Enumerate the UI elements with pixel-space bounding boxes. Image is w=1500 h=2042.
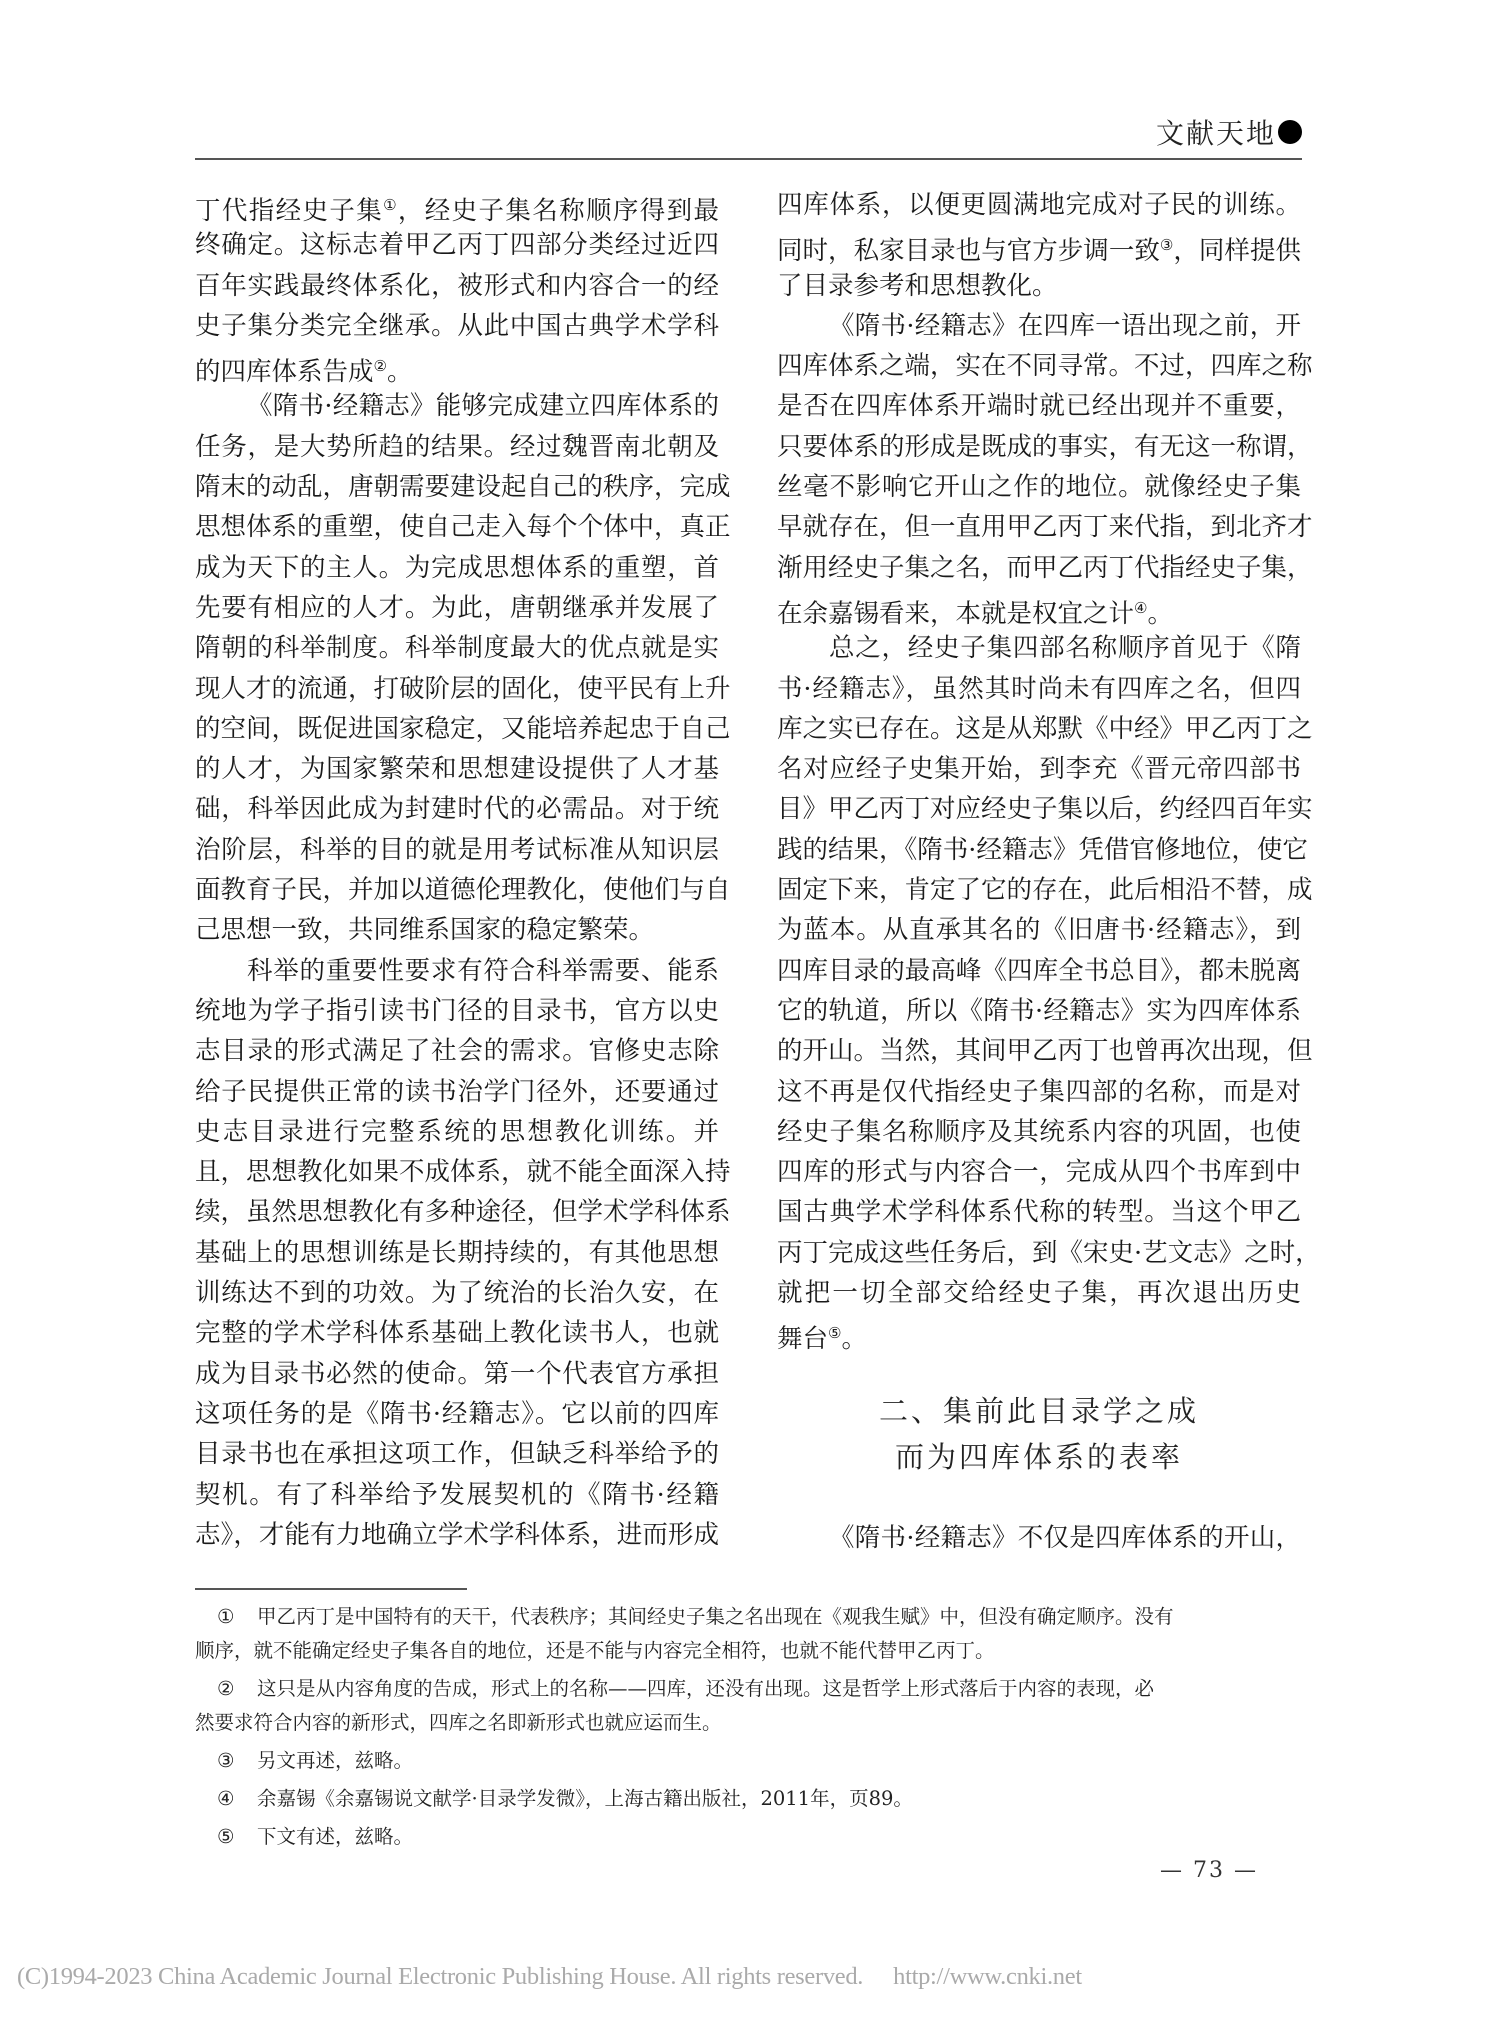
text-line: 训练达不到的功效。为了统治的长治久安，在: [195, 1273, 719, 1313]
text-line: 的人才，为国家繁荣和思想建设提供了人才基: [195, 749, 719, 789]
right-column-tail: 《隋书·经籍志》不仅是四库体系的开山，: [777, 1518, 1301, 1558]
right-column: 四库体系，以便更圆满地完成对子民的训练。同时，私家目录也与官方步调一致③，同样提…: [777, 185, 1301, 1354]
footnote-marker[interactable]: ①: [383, 196, 398, 214]
text-line: 志》，才能有力地确立学术学科体系，进而形成: [195, 1515, 719, 1555]
line-text: 这项任务的是《隋书·经籍志》。它以前的四库: [195, 1399, 719, 1429]
text-line: 为蓝本。从直承其名的《旧唐书·经籍志》，到: [777, 910, 1301, 950]
text-line: 史子集分类完全继承。从此中国古典学术学科: [195, 306, 719, 346]
text-line: 是否在四库体系开端时就已经出现并不重要，: [777, 386, 1301, 426]
line-text: 丁代指经史子集: [195, 196, 383, 226]
footnote-number: ②: [195, 1672, 257, 1706]
footnote-text: 下文有述，兹略。: [257, 1825, 413, 1848]
header-rule: [195, 158, 1302, 160]
footnote-line: ①甲乙丙丁是中国特有的天干，代表秩序；其间经史子集之名出现在《观我生赋》中，但没…: [195, 1600, 1302, 1634]
text-line: 给子民提供正常的读书治学门径外，还要通过: [195, 1072, 719, 1112]
line-text: 志》，才能有力地确立学术学科体系，进而形成: [195, 1520, 719, 1550]
text-line: 的开山。当然，其间甲乙丙丁也曾再次出现，但: [777, 1031, 1301, 1071]
text-line: 四库目录的最高峰《四库全书总目》，都未脱离: [777, 951, 1301, 991]
line-text: 只要体系的形成是既成的事实，有无这一称谓，: [777, 432, 1313, 462]
text-line: 且，思想教化如果不成体系，就不能全面深入持: [195, 1152, 719, 1192]
text-line: 它的轨道，所以《隋书·经籍志》实为四库体系: [777, 991, 1301, 1031]
text-line: 名对应经子史集开始，到李充《晋元帝四部书: [777, 749, 1301, 789]
page-number: — 73 —: [1160, 1858, 1258, 1883]
line-text: 契机。有了科举给予发展契机的《隋书·经籍: [195, 1480, 719, 1510]
text-line: 任务，是大势所趋的结果。经过魏晋南北朝及: [195, 427, 719, 467]
text-line: 总之，经史子集四部名称顺序首见于《隋: [777, 628, 1301, 668]
text-line: 先要有相应的人才。为此，唐朝继承并发展了: [195, 588, 719, 628]
line-text: 四库的形式与内容合一，完成从四个书库到中: [777, 1157, 1301, 1187]
line-text: 的空间，既促进国家稳定，又能培养起忠于自己: [195, 714, 731, 744]
line-text: 四库体系之端，实在不同寻常。不过，四库之称: [777, 351, 1313, 381]
text-line: 隋末的动乱，唐朝需要建设起自己的秩序，完成: [195, 467, 719, 507]
line-text-after: ，经史子集名称顺序得到最: [398, 196, 719, 226]
footnote-text: 然要求符合内容的新形式，四库之名即新形式也就应运而生。: [195, 1711, 722, 1734]
line-text-after: 。: [387, 357, 413, 387]
line-text: 四库体系，以便更圆满地完成对子民的训练。: [777, 190, 1301, 220]
text-line: 丝毫不影响它开山之作的地位。就像经史子集: [777, 467, 1301, 507]
footnote-number: ①: [195, 1600, 257, 1634]
line-text: 史志目录进行完整系统的思想教化训练。并: [195, 1117, 719, 1147]
text-line: 基础上的思想训练是长期持续的，有其他思想: [195, 1233, 719, 1273]
line-text: 给子民提供正常的读书治学门径外，还要通过: [195, 1077, 719, 1107]
text-line: 续，虽然思想教化有多种途径，但学术学科体系: [195, 1192, 719, 1232]
text-line: 书·经籍志》，虽然其时尚未有四库之名，但四: [777, 669, 1301, 709]
footnote-number: ⑤: [195, 1820, 257, 1854]
text-line: 终确定。这标志着甲乙丙丁四部分类经过近四: [195, 225, 719, 265]
line-text: 且，思想教化如果不成体系，就不能全面深入持: [195, 1157, 731, 1187]
footnote-text: 顺序，就不能确定经史子集各自的地位，还是不能与内容完全相符，也就不能代替甲乙丙丁…: [195, 1639, 995, 1662]
text-line: 《隋书·经籍志》能够完成建立四库体系的: [195, 386, 719, 426]
footnote-line: 顺序，就不能确定经史子集各自的地位，还是不能与内容完全相符，也就不能代替甲乙丙丁…: [195, 1634, 1302, 1668]
text-line: 面教育子民，并加以道德伦理教化，使他们与自: [195, 870, 719, 910]
line-text: 统地为学子指引读书门径的目录书，官方以史: [195, 996, 719, 1026]
line-text: 是否在四库体系开端时就已经出现并不重要，: [777, 391, 1301, 421]
text-line: 经史子集名称顺序及其统系内容的巩固，也使: [777, 1112, 1301, 1152]
footnote-marker[interactable]: ④: [1134, 599, 1147, 617]
text-line: 志目录的形式满足了社会的需求。官修史志除: [195, 1031, 719, 1071]
text-line: 史志目录进行完整系统的思想教化训练。并: [195, 1112, 719, 1152]
footnote-text: 余嘉锡《余嘉锡说文献学·目录学发微》，上海古籍出版社，2011年，页89。: [257, 1787, 913, 1810]
text-line: 丙丁完成这些任务后，到《宋史·艺文志》之时，: [777, 1233, 1301, 1273]
text-line: 目》甲乙丙丁对应经史子集以后，约经四百年实: [777, 789, 1301, 829]
text-line: 思想体系的重塑，使自己走入每个个体中，真正: [195, 507, 719, 547]
text-line: 成为目录书必然的使命。第一个代表官方承担: [195, 1354, 719, 1394]
text-line: 同时，私家目录也与官方步调一致③，同样提供: [777, 225, 1301, 265]
text-line: 这不再是仅代指经史子集四部的名称，而是对: [777, 1072, 1301, 1112]
footnote-text: 这只是从内容角度的告成，形式上的名称——四库，还没有出现。这是哲学上形式落后于内…: [257, 1677, 1154, 1700]
line-text: 己思想一致，共同维系国家的稳定繁荣。: [195, 915, 654, 945]
solid-circle-icon: [1278, 120, 1302, 144]
text-line: 契机。有了科举给予发展契机的《隋书·经籍: [195, 1475, 719, 1515]
line-text: 《隋书·经籍志》不仅是四库体系的开山，: [829, 1523, 1301, 1553]
section-heading: 二、集前此目录学之成 而为四库体系的表率: [777, 1388, 1301, 1480]
line-text: 隋末的动乱，唐朝需要建设起自己的秩序，完成: [195, 472, 731, 502]
footnote-line: ③另文再述，兹略。: [195, 1744, 1302, 1778]
line-text: 续，虽然思想教化有多种途径，但学术学科体系: [195, 1197, 731, 1227]
line-text: 先要有相应的人才。为此，唐朝继承并发展了: [195, 593, 719, 623]
footnote-marker[interactable]: ⑤: [828, 1324, 841, 1342]
text-line: 固定下来，肯定了它的存在，此后相沿不替，成: [777, 870, 1301, 910]
line-text: 舞台: [777, 1324, 828, 1354]
line-text: 思想体系的重塑，使自己走入每个个体中，真正: [195, 512, 731, 542]
footnote-line: ⑤下文有述，兹略。: [195, 1820, 1302, 1854]
section-heading-line-2: 而为四库体系的表率: [777, 1434, 1301, 1480]
text-line: 四库的形式与内容合一，完成从四个书库到中: [777, 1152, 1301, 1192]
text-line: 己思想一致，共同维系国家的稳定繁荣。: [195, 910, 719, 950]
line-text: 践的结果，《隋书·经籍志》凭借官修地位，使它: [777, 835, 1308, 865]
text-line: 早就存在，但一直用甲乙丙丁来代指，到北齐才: [777, 507, 1301, 547]
line-text: 这不再是仅代指经史子集四部的名称，而是对: [777, 1077, 1301, 1107]
text-line: 础，科举因此成为封建时代的必需品。对于统: [195, 789, 719, 829]
line-text: 同时，私家目录也与官方步调一致: [777, 236, 1160, 266]
running-head-title: 文献天地: [1156, 112, 1276, 152]
line-text: 百年实践最终体系化，被形式和内容合一的经: [195, 271, 719, 301]
line-text: 国古典学术学科体系代称的转型。当这个甲乙: [777, 1197, 1301, 1227]
line-text: 为蓝本。从直承其名的《旧唐书·经籍志》，到: [777, 915, 1301, 945]
line-text: 成为天下的主人。为完成思想体系的重塑，首: [195, 553, 719, 583]
line-text: 现人才的流通，打破阶层的固化，使平民有上升: [195, 674, 731, 704]
text-line: 《隋书·经籍志》在四库一语出现之前，开: [777, 306, 1301, 346]
line-text: 名对应经子史集开始，到李充《晋元帝四部书: [777, 754, 1301, 784]
text-line: 国古典学术学科体系代称的转型。当这个甲乙: [777, 1192, 1301, 1232]
footnote-rule: [195, 1588, 467, 1590]
line-text: 终确定。这标志着甲乙丙丁四部分类经过近四: [195, 230, 719, 260]
text-line: 在余嘉锡看来，本就是权宜之计④。: [777, 588, 1301, 628]
text-line: 科举的重要性要求有符合科举需要、能系: [195, 951, 719, 991]
line-text: 隋朝的科举制度。科举制度最大的优点就是实: [195, 633, 719, 663]
line-text: 目》甲乙丙丁对应经史子集以后，约经四百年实: [777, 794, 1313, 824]
copyright-notice: (C)1994-2023 China Academic Journal Elec…: [17, 1963, 1082, 1991]
line-text: 它的轨道，所以《隋书·经籍志》实为四库体系: [777, 996, 1301, 1026]
line-text: 面教育子民，并加以道德伦理教化，使他们与自: [195, 875, 731, 905]
text-line: 目录书也在承担这项工作，但缺乏科举给予的: [195, 1434, 719, 1474]
text-line: 成为天下的主人。为完成思想体系的重塑，首: [195, 548, 719, 588]
line-text: 任务，是大势所趋的结果。经过魏晋南北朝及: [195, 432, 719, 462]
line-text: 《隋书·经籍志》能够完成建立四库体系的: [247, 391, 719, 421]
line-text: 志目录的形式满足了社会的需求。官修史志除: [195, 1036, 719, 1066]
line-text: 了目录参考和思想教化。: [777, 271, 1058, 301]
text-line: 丁代指经史子集①，经史子集名称顺序得到最: [195, 185, 719, 225]
footnote-number: ③: [195, 1744, 257, 1778]
text-line: 完整的学术学科体系基础上教化读书人，也就: [195, 1313, 719, 1353]
footnote-line: 然要求符合内容的新形式，四库之名即新形式也就应运而生。: [195, 1706, 1302, 1740]
text-line: 渐用经史子集之名，而甲乙丙丁代指经史子集，: [777, 548, 1301, 588]
line-text: 完整的学术学科体系基础上教化读书人，也就: [195, 1318, 719, 1348]
left-column: 丁代指经史子集①，经史子集名称顺序得到最终确定。这标志着甲乙丙丁四部分类经过近四…: [195, 185, 719, 1555]
line-text: 训练达不到的功效。为了统治的长治久安，在: [195, 1278, 719, 1308]
line-text: 成为目录书必然的使命。第一个代表官方承担: [195, 1359, 719, 1389]
text-line: 的空间，既促进国家稳定，又能培养起忠于自己: [195, 709, 719, 749]
text-line: 的四库体系告成②。: [195, 346, 719, 386]
line-text: 就把一切全部交给经史子集，再次退出历史: [777, 1278, 1301, 1308]
line-text: 础，科举因此成为封建时代的必需品。对于统: [195, 794, 719, 824]
text-line: 这项任务的是《隋书·经籍志》。它以前的四库: [195, 1394, 719, 1434]
running-head: 文献天地: [1156, 112, 1302, 152]
line-text: 的四库体系告成: [195, 357, 374, 387]
line-text-after: ，同样提供: [1173, 236, 1301, 266]
line-text: 固定下来，肯定了它的存在，此后相沿不替，成: [777, 875, 1313, 905]
text-line: 了目录参考和思想教化。: [777, 266, 1301, 306]
section-heading-line-1: 二、集前此目录学之成: [777, 1388, 1301, 1434]
line-text: 《隋书·经籍志》在四库一语出现之前，开: [829, 311, 1301, 341]
text-line: 百年实践最终体系化，被形式和内容合一的经: [195, 266, 719, 306]
line-text: 丝毫不影响它开山之作的地位。就像经史子集: [777, 472, 1301, 502]
text-line: 统地为学子指引读书门径的目录书，官方以史: [195, 991, 719, 1031]
copyright-text: (C)1994-2023 China Academic Journal Elec…: [17, 1963, 863, 1990]
line-text: 书·经籍志》，虽然其时尚未有四库之名，但四: [777, 674, 1301, 704]
text-line: 《隋书·经籍志》不仅是四库体系的开山，: [777, 1518, 1301, 1558]
footnote-number: ④: [195, 1782, 257, 1816]
text-line: 四库体系，以便更圆满地完成对子民的训练。: [777, 185, 1301, 225]
text-line: 治阶层，科举的目的就是用考试标准从知识层: [195, 830, 719, 870]
line-text-after: 。: [1147, 599, 1173, 629]
text-line: 库之实已存在。这是从郑默《中经》甲乙丙丁之: [777, 709, 1301, 749]
footnote-marker[interactable]: ③: [1160, 236, 1173, 254]
line-text: 丙丁完成这些任务后，到《宋史·艺文志》之时，: [777, 1238, 1321, 1268]
line-text: 治阶层，科举的目的就是用考试标准从知识层: [195, 835, 719, 865]
footnote-line: ②这只是从内容角度的告成，形式上的名称——四库，还没有出现。这是哲学上形式落后于…: [195, 1672, 1302, 1706]
line-text: 目录书也在承担这项工作，但缺乏科举给予的: [195, 1439, 719, 1469]
footnote-text: 另文再述，兹略。: [257, 1749, 413, 1772]
text-line: 舞台⑤。: [777, 1313, 1301, 1353]
footnote-text: 甲乙丙丁是中国特有的天干，代表秩序；其间经史子集之名出现在《观我生赋》中，但没有…: [257, 1605, 1174, 1628]
line-text: 渐用经史子集之名，而甲乙丙丁代指经史子集，: [777, 553, 1313, 583]
line-text-after: 。: [841, 1324, 867, 1354]
line-text: 史子集分类完全继承。从此中国古典学术学科: [195, 311, 719, 341]
line-text: 库之实已存在。这是从郑默《中经》甲乙丙丁之: [777, 714, 1313, 744]
text-line: 隋朝的科举制度。科举制度最大的优点就是实: [195, 628, 719, 668]
footnote-marker[interactable]: ②: [374, 357, 387, 375]
line-text: 科举的重要性要求有符合科举需要、能系: [247, 956, 719, 986]
text-line: 现人才的流通，打破阶层的固化，使平民有上升: [195, 669, 719, 709]
footnotes: ①甲乙丙丁是中国特有的天干，代表秩序；其间经史子集之名出现在《观我生赋》中，但没…: [195, 1600, 1302, 1854]
line-text: 早就存在，但一直用甲乙丙丁来代指，到北齐才: [777, 512, 1313, 542]
text-line: 只要体系的形成是既成的事实，有无这一称谓，: [777, 427, 1301, 467]
line-text: 的开山。当然，其间甲乙丙丁也曾再次出现，但: [777, 1036, 1313, 1066]
text-line: 就把一切全部交给经史子集，再次退出历史: [777, 1273, 1301, 1313]
line-text: 的人才，为国家繁荣和思想建设提供了人才基: [195, 754, 719, 784]
line-text: 四库目录的最高峰《四库全书总目》，都未脱离: [777, 956, 1301, 986]
text-line: 践的结果，《隋书·经籍志》凭借官修地位，使它: [777, 830, 1301, 870]
footnote-line: ④余嘉锡《余嘉锡说文献学·目录学发微》，上海古籍出版社，2011年，页89。: [195, 1782, 1302, 1816]
text-line: 四库体系之端，实在不同寻常。不过，四库之称: [777, 346, 1301, 386]
line-text: 经史子集名称顺序及其统系内容的巩固，也使: [777, 1117, 1301, 1147]
line-text: 在余嘉锡看来，本就是权宜之计: [777, 599, 1134, 629]
line-text: 总之，经史子集四部名称顺序首见于《隋: [829, 633, 1301, 663]
line-text: 基础上的思想训练是长期持续的，有其他思想: [195, 1238, 719, 1268]
copyright-url: http://www.cnki.net: [893, 1963, 1082, 1990]
